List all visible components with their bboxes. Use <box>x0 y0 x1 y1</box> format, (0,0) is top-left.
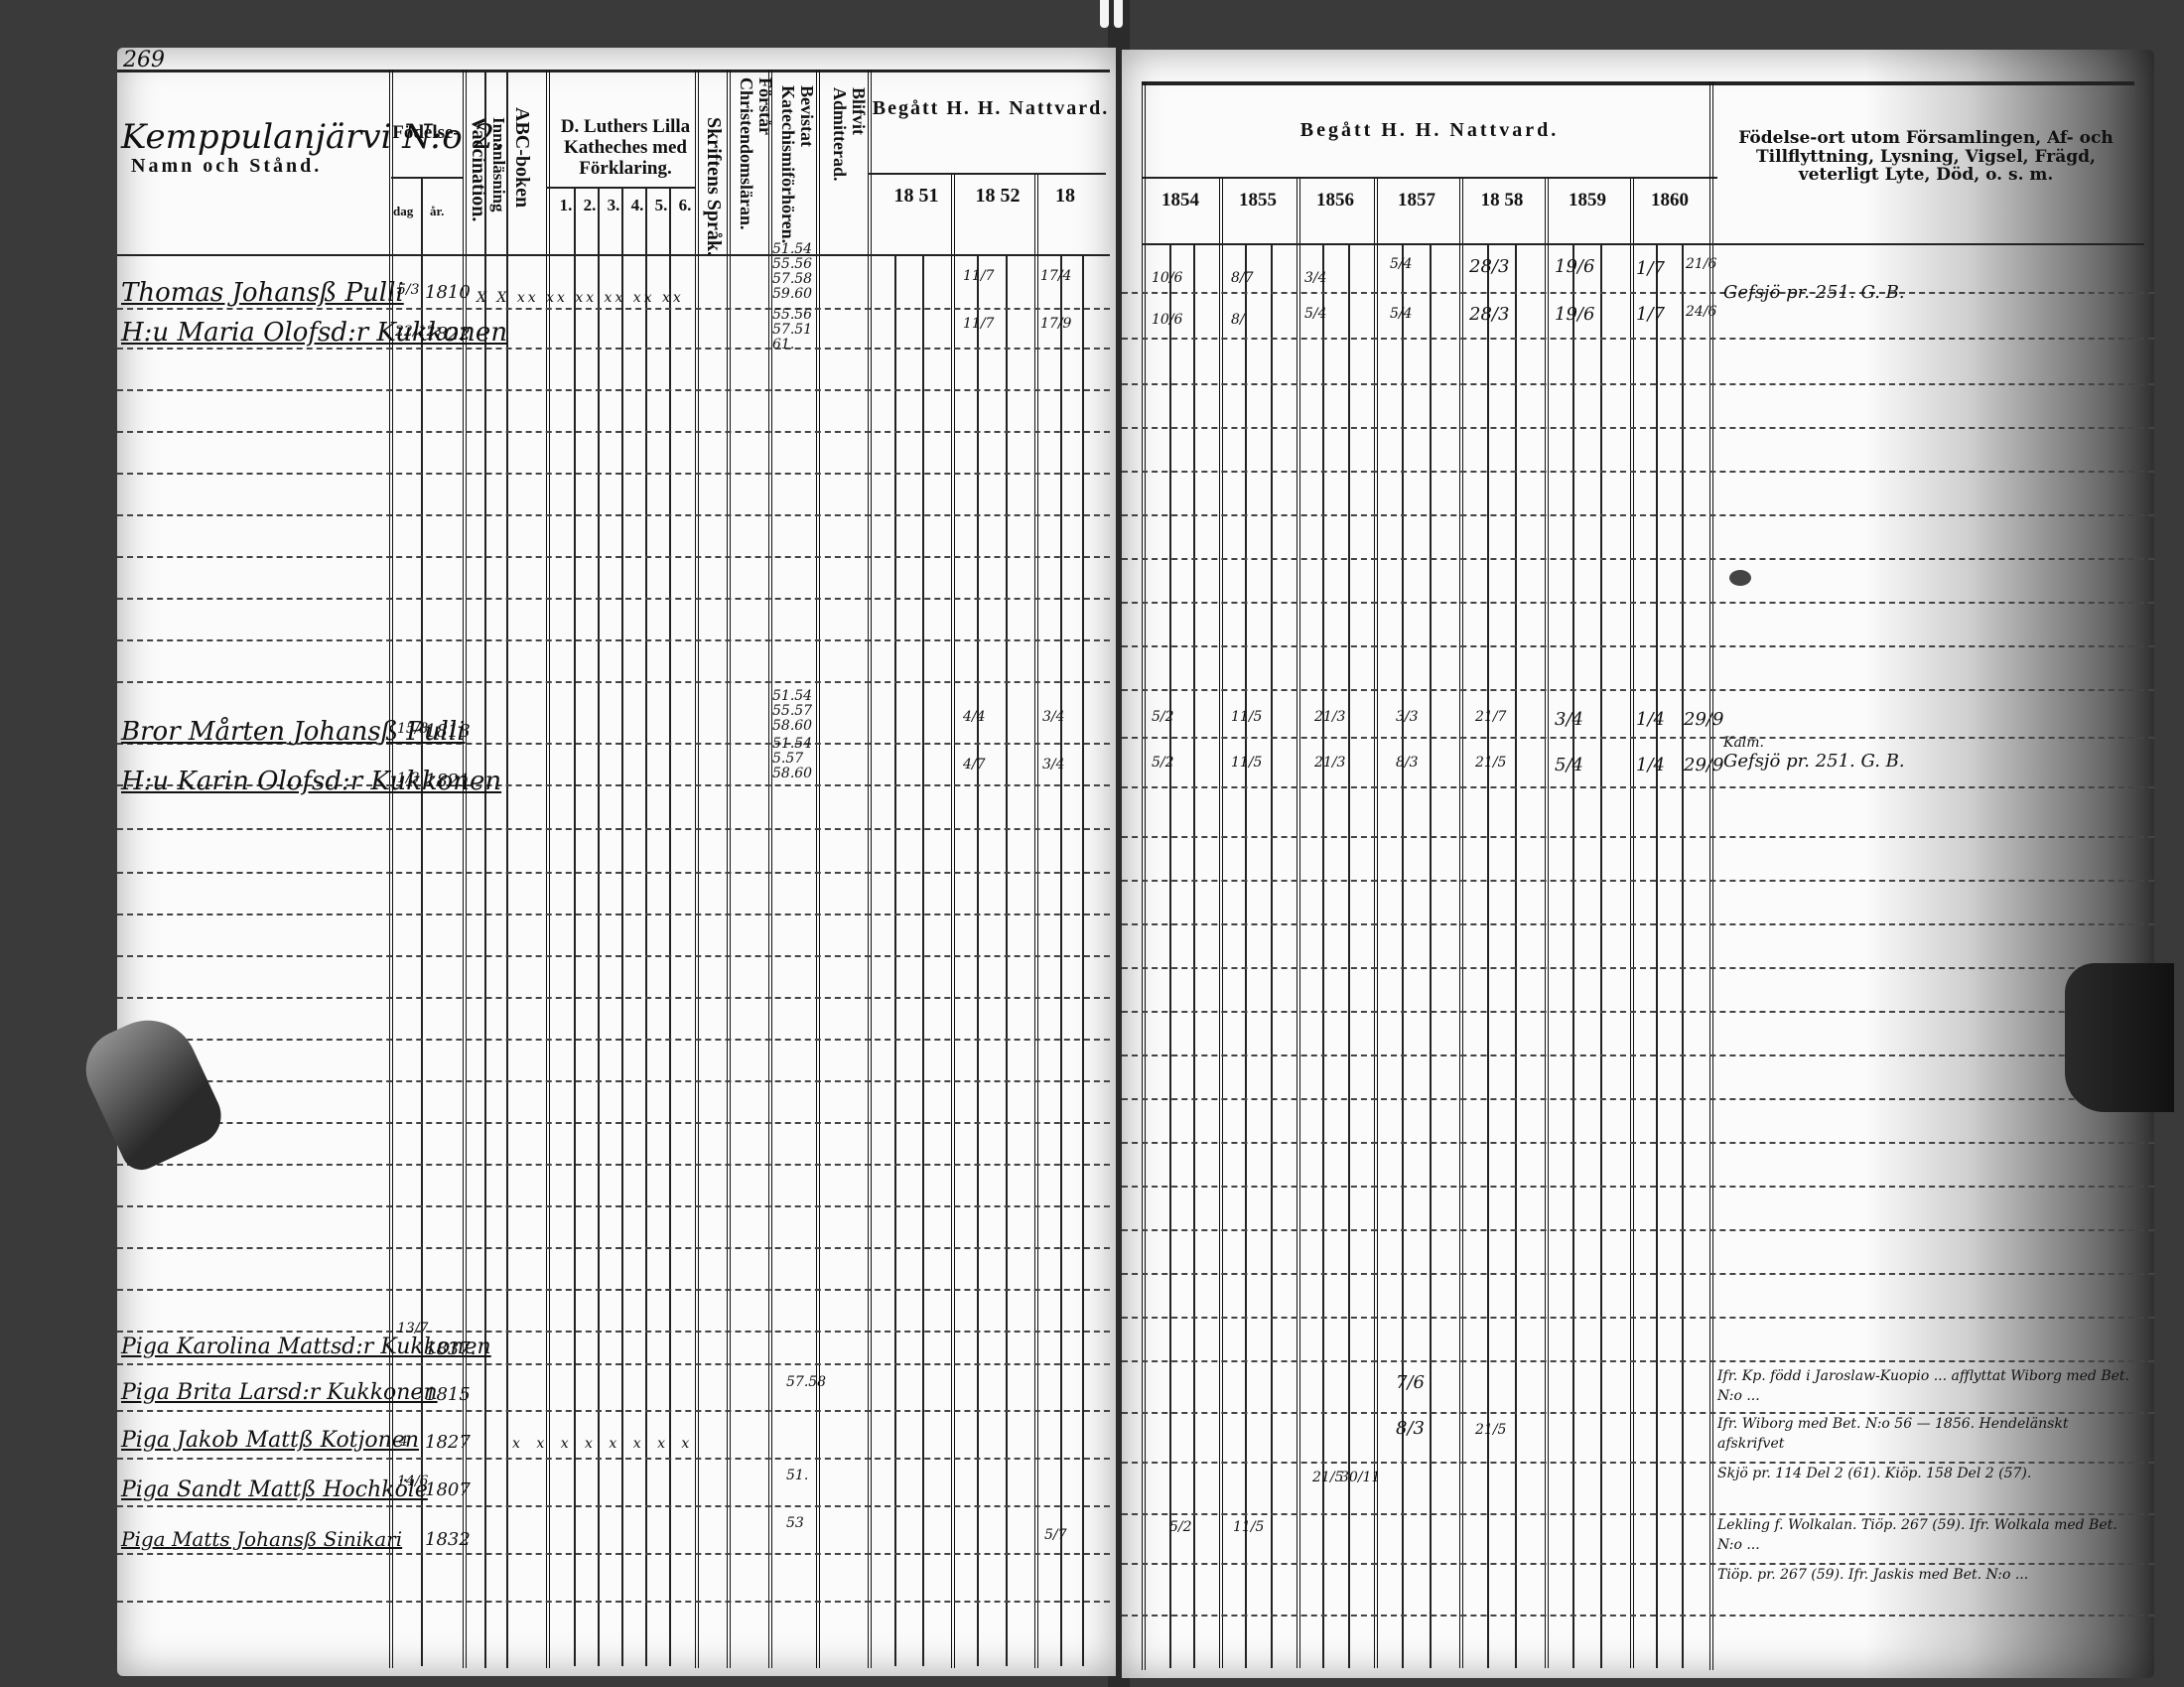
communion-value: 21/7 <box>1475 709 1506 725</box>
communion-value: 5/4 <box>1555 755 1583 775</box>
entry-birth-day: 5/3 <box>397 282 420 298</box>
row-rule <box>117 1080 1110 1082</box>
grid-line <box>951 173 955 1668</box>
row-rule <box>117 431 1110 433</box>
communion-value: 30/11 <box>1340 1470 1380 1485</box>
catechism-value: 58.60 <box>772 719 812 734</box>
entry-catechism: 55.56 57.51 61. <box>772 308 812 352</box>
row-rule <box>1122 1229 2154 1231</box>
row-rule <box>117 1039 1110 1041</box>
entry-birth-day: 4 <box>399 1434 408 1450</box>
row-rule <box>117 1505 1110 1507</box>
row-rule <box>1122 558 2154 560</box>
row-rule <box>1122 967 2154 969</box>
grid-line <box>1572 243 1574 1668</box>
grid-line <box>1245 243 1247 1668</box>
communion-value: 21/5 <box>1475 755 1506 771</box>
year-header: 1855 <box>1219 191 1297 211</box>
spine-mark-left <box>1100 0 1109 28</box>
communion-value: 7/6 <box>1396 1372 1425 1393</box>
row-rule <box>117 389 1110 391</box>
communion-value: 11/5 <box>1231 709 1262 725</box>
communion-value: 5/4 <box>1390 306 1413 322</box>
entry-birth-year: 1807 <box>425 1479 471 1500</box>
entry-name: Piga Matts Johansß Sinikari <box>121 1527 402 1551</box>
entry-catechism: 51.54 55.56 57.58 59.60 <box>772 242 812 302</box>
row-rule <box>117 681 1110 683</box>
catechism-value: 51. <box>786 1468 808 1483</box>
grid-line <box>1193 243 1195 1668</box>
grid-line <box>1656 243 1658 1668</box>
header-reading: Innanläsning <box>489 117 507 211</box>
communion-value: 21/6 <box>1686 256 1716 272</box>
header-divider <box>868 173 1106 175</box>
row-rule <box>117 828 1110 830</box>
communion-value: 21/5 <box>1475 1422 1506 1438</box>
catechism-value: 5.57 <box>772 752 812 767</box>
communion-value: 29/9 <box>1684 709 1723 730</box>
row-rule <box>1122 1360 2154 1362</box>
header-divider <box>391 177 463 179</box>
entry-birth-day: 1/3 <box>397 771 420 786</box>
entry-catechism: 51.54 5.57 58.60 <box>772 737 812 781</box>
catechism-value: 57.58 <box>786 1374 826 1390</box>
row-rule <box>117 1553 1110 1555</box>
row-rule <box>1122 514 2154 516</box>
communion-year-1851: 18 51 <box>882 185 951 207</box>
row-rule <box>117 997 1110 999</box>
catechism-value: 55.56 <box>772 308 812 323</box>
grid-line <box>1709 81 1713 1670</box>
grid-line <box>977 256 979 1666</box>
communion-value: 5/7 <box>1044 1527 1067 1543</box>
row-rule <box>117 514 1110 516</box>
communion-value: 28/3 <box>1469 256 1509 277</box>
year-header: 1859 <box>1545 191 1630 211</box>
grid-line <box>1402 243 1404 1668</box>
communion-value: 10/6 <box>1152 312 1182 328</box>
communion-value: 8/7 <box>1231 270 1254 286</box>
row-rule <box>1122 923 2154 925</box>
remark-text: Lekling f. Wolkalan. Tiöp. 267 (59). Ifr… <box>1717 1515 2134 1555</box>
row-rule <box>117 1410 1110 1412</box>
communion-value: 19/6 <box>1555 256 1594 277</box>
communion-value: 5/2 <box>1169 1519 1192 1535</box>
entry-birth-year: 1821 <box>425 771 471 791</box>
grid-line <box>1322 243 1324 1668</box>
row-rule <box>1122 1098 2154 1100</box>
communion-value: 5/2 <box>1152 709 1174 725</box>
grid-line <box>1271 243 1273 1668</box>
grid-line <box>1169 243 1171 1668</box>
communion-value: 3/4 <box>1304 270 1327 286</box>
communion-value: 17/4 <box>1040 268 1071 284</box>
communion-value: 3/4 <box>1555 709 1583 730</box>
entry-birth-year: 1813 <box>425 721 471 742</box>
header-communion: Begått H. H. Nattvard. <box>872 97 1110 119</box>
communion-value: 17/9 <box>1040 316 1071 332</box>
catechism-value: 53 <box>786 1515 804 1531</box>
row-rule <box>1122 1186 2154 1188</box>
row-rule <box>1122 471 2154 473</box>
communion-value: 11/5 <box>1233 1519 1264 1535</box>
communion-value: 28/3 <box>1469 304 1509 325</box>
year-header: 1860 <box>1630 191 1709 211</box>
catechism-value: 55.57 <box>772 704 812 719</box>
row-rule <box>117 1363 1110 1365</box>
row-rule <box>1122 1317 2154 1319</box>
communion-value: 11/7 <box>963 316 994 332</box>
remark-text: Kalm. <box>1723 735 1764 751</box>
row-rule <box>117 639 1110 641</box>
catechism-value: 61. <box>772 338 812 352</box>
grid-line <box>1682 243 1684 1668</box>
thumb-shadow <box>2065 963 2174 1112</box>
communion-value: 1/4 <box>1636 755 1665 775</box>
communion-value: 1/7 <box>1636 304 1665 325</box>
header-remarks: Födelse-ort utom Församlingen, Af- och T… <box>1717 129 2134 185</box>
entry-birth-day: 13/7 <box>397 1321 428 1336</box>
row-rule <box>117 872 1110 874</box>
row-rule <box>1122 1273 2154 1275</box>
communion-year-18: 18 <box>1040 185 1090 207</box>
remark-text: Tiöp. pr. 267 (59). Ifr. Jaskis med Bet.… <box>1717 1565 2134 1585</box>
communion-value: 10/6 <box>1152 270 1182 286</box>
row-rule <box>117 556 1110 558</box>
header-birth-day: dag <box>393 205 413 218</box>
row-rule <box>117 348 1110 350</box>
row-rule <box>117 308 1110 310</box>
row-rule <box>117 1122 1110 1124</box>
communion-value: 8/3 <box>1396 755 1419 771</box>
header-abc-book: ABC-boken <box>511 107 532 208</box>
entry-name: Thomas Johansß Pulli <box>121 278 404 308</box>
communion-value: 4/7 <box>963 757 986 773</box>
header-birth: Födelse- <box>391 123 461 144</box>
row-rule <box>117 1247 1110 1249</box>
row-rule <box>1122 602 2154 604</box>
grid-line <box>421 177 423 1666</box>
row-rule <box>1122 1142 2154 1144</box>
row-rule <box>1122 383 2154 385</box>
grid-line <box>922 256 924 1666</box>
year-header: 1856 <box>1297 191 1374 211</box>
row-rule <box>1122 737 2154 739</box>
entry-marks: x x x x x x x x <box>512 1436 695 1452</box>
grid-line <box>1348 243 1350 1668</box>
grid-line <box>1515 243 1517 1668</box>
entry-birth-year: 1832 <box>425 1529 471 1550</box>
header-bottom-rule <box>117 254 1110 256</box>
row-rule <box>1122 786 2154 788</box>
row-rule <box>1122 338 2154 340</box>
remark-text: Gefsjö pr. 251. G. B. <box>1723 282 1905 303</box>
entry-name: Piga Brita Larsd:r Kukkonen <box>121 1380 438 1405</box>
catechism-value: 51.54 <box>772 242 812 257</box>
communion-value: 19/6 <box>1555 304 1594 325</box>
entry-birth-year: 1837. <box>425 1338 477 1359</box>
communion-value: 1/7 <box>1636 258 1665 279</box>
header-scripture: Skriftens Språk. <box>703 117 724 256</box>
top-rule <box>1142 81 2134 85</box>
communion-value: 21/5 <box>1312 1470 1343 1485</box>
row-rule <box>117 1331 1110 1333</box>
grid-line <box>1487 243 1489 1668</box>
right-page: Begått H. H. Nattvard. 1854 1855 1856 18… <box>1122 50 2154 1678</box>
grid-line <box>1082 256 1084 1666</box>
row-rule <box>117 598 1110 600</box>
grid-line <box>1060 256 1062 1666</box>
communion-value: 3/4 <box>1042 709 1065 725</box>
communion-value: 11/5 <box>1231 755 1262 771</box>
entry-birth-year: 1810 <box>425 282 471 303</box>
communion-value: 4/4 <box>963 709 986 725</box>
grid-line <box>1142 81 1146 1670</box>
row-rule <box>117 1601 1110 1603</box>
row-rule <box>1122 1054 2154 1056</box>
grid-line <box>894 256 896 1666</box>
header-luther: D. Luthers Lilla Katheches med Förklarin… <box>550 117 701 180</box>
communion-value: 8/ <box>1231 312 1245 328</box>
spine-mark-right <box>1114 0 1123 28</box>
communion-value: 5/4 <box>1304 306 1327 322</box>
entry-birth-day: 14/6 <box>397 1474 428 1489</box>
header-admitted: Blifvit Admitterad. <box>830 87 868 226</box>
row-rule <box>117 1289 1110 1291</box>
left-page: 269 Kemppulanjärvi N:o 2. Namn och Stånd… <box>117 48 1116 1676</box>
entry-birth-year: 1822 <box>425 324 471 345</box>
catechism-value: 57.58 <box>772 272 812 287</box>
row-rule <box>1122 1615 2154 1617</box>
communion-year-1852: 18 52 <box>959 185 1036 207</box>
communion-value: 3/3 <box>1396 709 1419 725</box>
ink-blot <box>1729 570 1751 586</box>
row-rule <box>1122 645 2154 647</box>
year-header: 1854 <box>1142 191 1219 211</box>
row-rule <box>117 914 1110 915</box>
catechism-value: 59.60 <box>772 287 812 302</box>
communion-value: 21/3 <box>1314 755 1345 771</box>
grid-line <box>1600 243 1602 1668</box>
row-rule <box>1122 689 2154 691</box>
row-rule <box>1122 427 2154 429</box>
grid-line <box>1034 173 1038 1668</box>
communion-value: 1/4 <box>1636 709 1665 730</box>
row-rule <box>1122 880 2154 882</box>
header-birth-year: år. <box>430 205 444 218</box>
communion-value: 24/6 <box>1686 304 1716 320</box>
header-divider <box>546 187 695 189</box>
thumb-shadow <box>73 1004 231 1176</box>
communion-value: 11/7 <box>963 268 994 284</box>
communion-value: 5/2 <box>1152 755 1174 771</box>
catechism-value: 58.60 <box>772 767 812 781</box>
entry-birth-year: 1827 <box>425 1432 471 1453</box>
header-bottom-rule <box>1142 243 2144 245</box>
entry-marks: X X xx xx xx xx xx xx <box>477 290 684 306</box>
grid-line <box>1430 243 1432 1668</box>
row-rule <box>117 1164 1110 1166</box>
communion-value: 21/3 <box>1314 709 1345 725</box>
row-rule <box>1122 836 2154 838</box>
row-rule <box>117 1205 1110 1207</box>
communion-value: 29/9 <box>1684 755 1723 775</box>
entry-catechism: 51.54 55.57 58.60 <box>772 689 812 734</box>
luther-part: 6. <box>673 197 697 215</box>
communion-value: 5/4 <box>1390 256 1413 272</box>
communion-value: 8/3 <box>1396 1418 1425 1439</box>
entry-name: Piga Sandt Mattß Hochköle <box>121 1477 428 1502</box>
entry-birth-day: 15/3 <box>397 721 428 737</box>
year-header: 1857 <box>1374 191 1459 211</box>
entry-birth-year: 1815 <box>425 1384 471 1405</box>
header-communion: Begått H. H. Nattvard. <box>1142 119 1717 141</box>
entry-name: Piga Jakob Mattß Kotjonen <box>121 1428 419 1453</box>
communion-value: 3/4 <box>1042 757 1065 773</box>
catechism-value: 57.51 <box>772 323 812 338</box>
remark-text: Gefsjö pr. 251. G. B. <box>1723 751 1905 772</box>
row-rule <box>117 955 1110 957</box>
grid-line <box>1006 256 1008 1666</box>
top-rule <box>117 70 1110 72</box>
catechism-value: 51.54 <box>772 737 812 752</box>
row-rule <box>117 473 1110 475</box>
remark-text: Ifr. Wiborg med Bet. N:o 56 — 1856. Hend… <box>1717 1414 2134 1454</box>
year-header: 18 58 <box>1459 191 1545 211</box>
row-rule <box>117 1458 1110 1460</box>
remark-text: Ifr. Kp. född i Jaroslaw-Kuopio ... affl… <box>1717 1366 2134 1406</box>
communion-years: 1854 1855 1856 1857 18 58 1859 1860 <box>1142 191 1709 211</box>
catechism-value: 51.54 <box>772 689 812 704</box>
header-catechism-attended: Bevistat Katechismiförhören. <box>778 85 816 244</box>
remark-text: Skjö pr. 114 Del 2 (61). Kiöp. 158 Del 2… <box>1717 1464 2134 1483</box>
catechism-value: 55.56 <box>772 257 812 272</box>
header-name: Namn och Stånd. <box>131 155 322 177</box>
row-rule <box>1122 292 2154 294</box>
row-rule <box>1122 1011 2154 1013</box>
